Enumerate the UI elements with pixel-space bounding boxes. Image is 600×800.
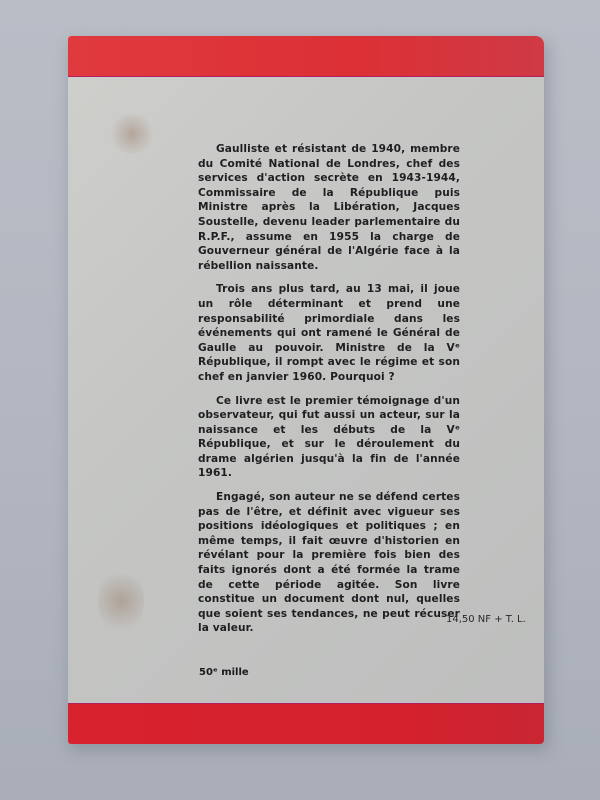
blurb-paragraph-2: Trois ans plus tard, au 13 mai, il joue … xyxy=(198,282,460,384)
bottom-red-band xyxy=(68,703,544,744)
edition-label: 50ᵉ mille xyxy=(199,667,249,678)
stain-bottom xyxy=(98,566,144,636)
blurb-paragraph-3: Ce livre est le premier témoignage d'un … xyxy=(198,394,460,482)
stain-top xyxy=(108,114,156,154)
blurb: Gaulliste et résistant de 1940, membre d… xyxy=(198,142,460,645)
blurb-paragraph-4: Engagé, son auteur ne se défend certes p… xyxy=(198,490,460,636)
top-red-band xyxy=(68,36,544,77)
blurb-paragraph-1: Gaulliste et résistant de 1940, membre d… xyxy=(198,142,460,273)
book-back-cover: Gaulliste et résistant de 1940, membre d… xyxy=(68,36,544,744)
price-label: 14,50 NF + T. L. xyxy=(446,614,526,625)
